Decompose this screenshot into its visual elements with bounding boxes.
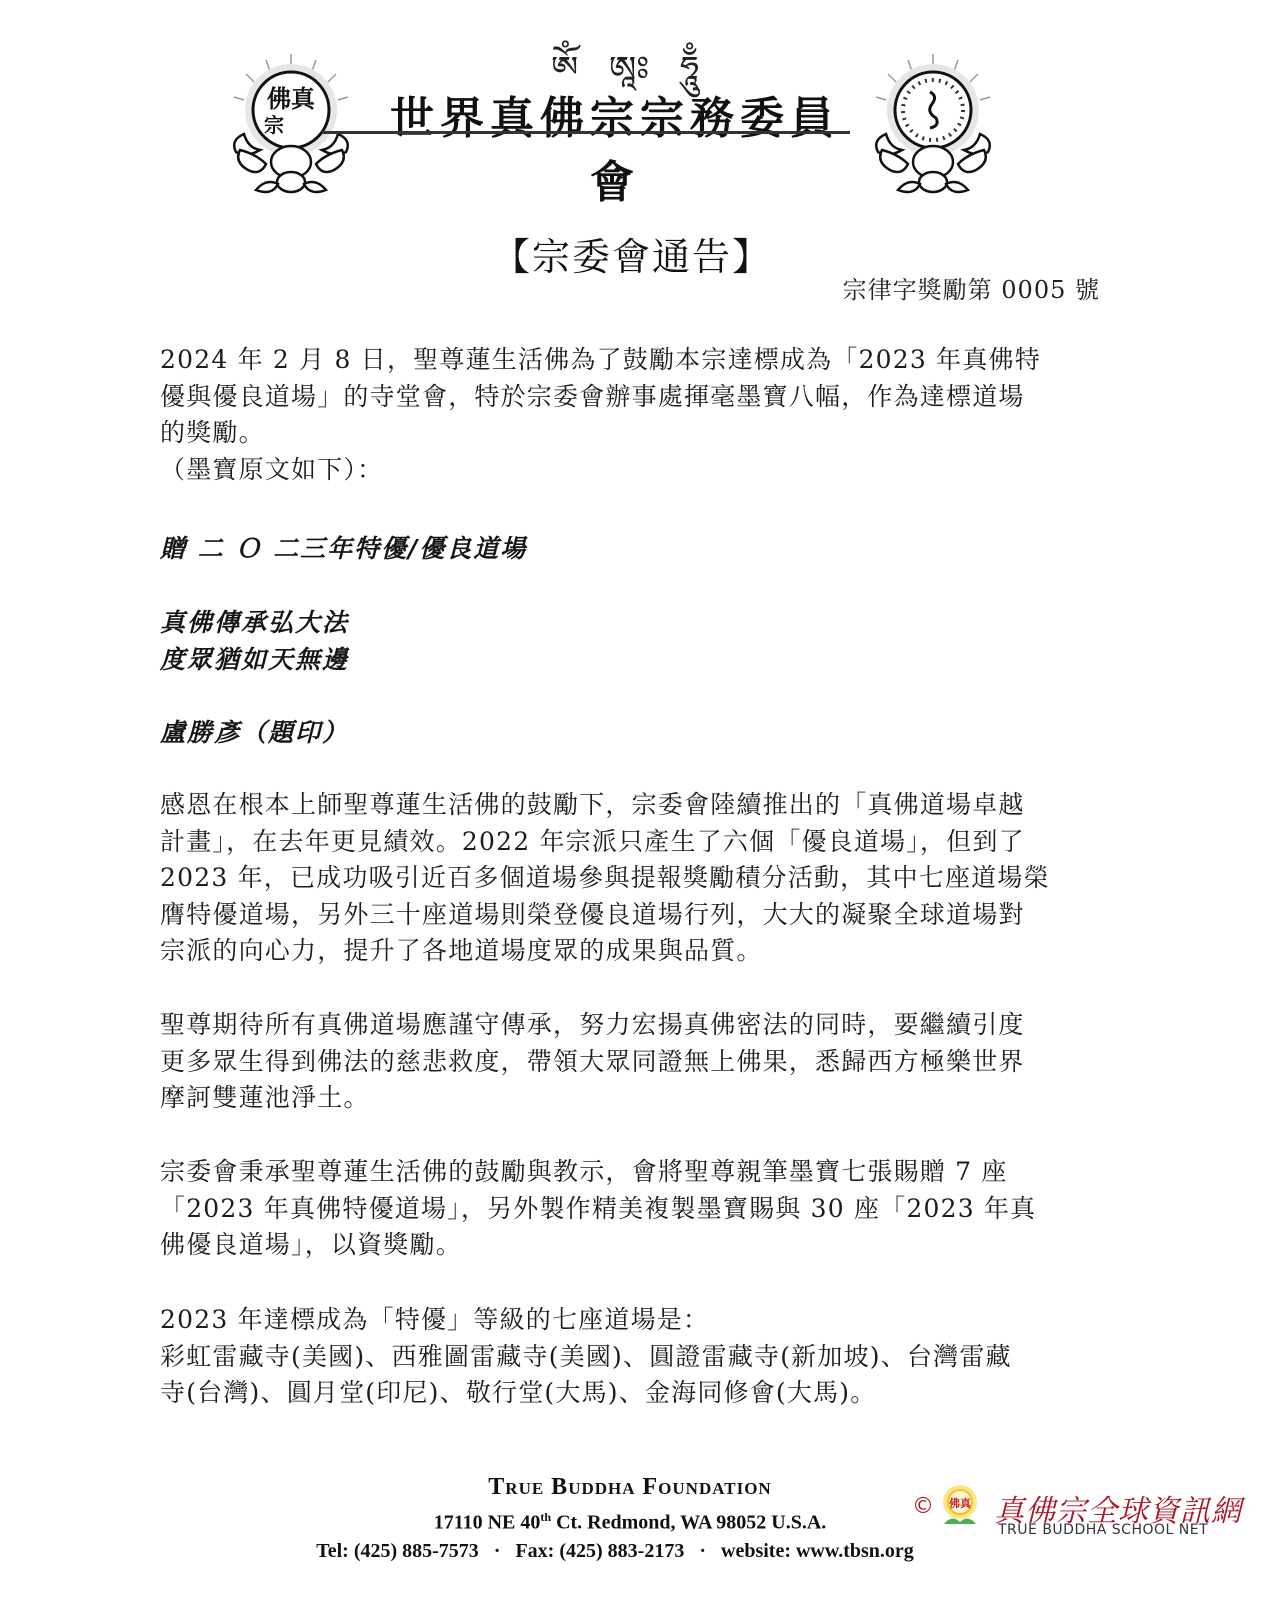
true-buddha-seal-icon: 佛真 宗 (226, 52, 356, 202)
svg-text:佛真: 佛真 (949, 1496, 972, 1510)
lotus-seal-icon (868, 52, 998, 202)
notice-title: 【宗委會通告】 (492, 226, 762, 281)
address-ordinal: th (540, 1510, 551, 1524)
verse-line: 真佛傳承弘大法 (160, 604, 1090, 641)
tbsn-badge-icon: 佛真 (940, 1484, 980, 1528)
calligraphy-verse: 真佛傳承弘大法 度眾猶如天無邊 (160, 604, 1090, 678)
separator: · (689, 1540, 716, 1562)
text-line: 宗委會秉承聖尊蓮生活佛的鼓勵與教示，會將聖尊親筆墨寶七張賜贈 7 座 (160, 1154, 1090, 1191)
signature-line: 盧勝彥（題印） (160, 714, 1090, 751)
text-line: 2023 年，已成功吸引近百多個道場參與提報獎勵積分活動，其中七座道場榮 (160, 860, 1090, 897)
text-line: 2024 年 2 月 8 日，聖尊蓮生活佛為了鼓勵本宗達標成為「2023 年真佛… (160, 342, 1090, 379)
dedication-line: 贈 二 Ｏ 二三年特優/優良道場 (160, 530, 1090, 567)
address-rest: Ct. Redmond, WA 98052 U.S.A. (551, 1512, 826, 1534)
organization-title: 世界真佛宗宗務委員會 (370, 82, 860, 210)
text-line: 感恩在根本上師聖尊蓮生活佛的鼓勵下，宗委會陸續推出的「真佛道場卓越 (160, 787, 1090, 824)
title-divider (322, 131, 850, 134)
footer-organization: True Buddha Foundation (330, 1474, 930, 1501)
text-line: 摩訶雙蓮池淨土。 (160, 1080, 1090, 1117)
paragraph-temple-list: 2023 年達標成為「特優」等級的七座道場是： 彩虹雷藏寺(美國)、西雅圖雷藏寺… (160, 1302, 1090, 1412)
text-line: 聖尊期待所有真佛道場應謹守傳承，努力宏揚真佛密法的同時，要繼續引度 (160, 1007, 1090, 1044)
paragraph-excellence-plan: 感恩在根本上師聖尊蓮生活佛的鼓勵下，宗委會陸續推出的「真佛道場卓越 計畫」，在去… (160, 787, 1090, 970)
footer-website-link[interactable]: website: www.tbsn.org (721, 1540, 914, 1562)
document-number: 宗律字獎勵第 0005 號 (820, 270, 1100, 305)
right-seal-logo (868, 52, 998, 202)
text-line: 膺特優道場，另外三十座道場則榮登優良道場行列，大大的凝聚全球道場對 (160, 897, 1090, 934)
paragraph-expectation: 聖尊期待所有真佛道場應謹守傳承，努力宏揚真佛密法的同時，要繼續引度 更多眾生得到… (160, 1007, 1090, 1117)
text-line: 「2023 年真佛特優道場」，另外製作精美複製墨寶賜與 30 座「2023 年真 (160, 1191, 1090, 1228)
tbsn-english-name: TRUE BUDDHA SCHOOL NET (998, 1522, 1208, 1538)
intro-paragraph: 2024 年 2 月 8 日，聖尊蓮生活佛為了鼓勵本宗達標成為「2023 年真佛… (160, 342, 1090, 488)
footer-fax: Fax: (425) 883-2173 (515, 1540, 684, 1562)
text-line: 寺(台灣)、圓月堂(印尼)、敬行堂(大馬)、金海同修會(大馬)。 (160, 1375, 1090, 1412)
text-line: 宗派的向心力，提升了各地道場度眾的成果與品質。 (160, 933, 1090, 970)
svg-text:宗: 宗 (264, 113, 284, 137)
text-line: 2023 年達標成為「特優」等級的七座道場是： (160, 1302, 1090, 1339)
tibetan-mantra: ༀ ཨཱཿ ཧཱུྃ (520, 30, 740, 90)
text-line: 佛優良道場」，以資獎勵。 (160, 1227, 1090, 1264)
footer-address: 17110 NE 40th Ct. Redmond, WA 98052 U.S.… (330, 1510, 930, 1535)
footer-tel: Tel: (425) 885-7573 (316, 1540, 479, 1562)
text-line: 更多眾生得到佛法的慈悲救度，帶領大眾同證無上佛果，悉歸西方極樂世界 (160, 1044, 1090, 1081)
text-line: 計畫」，在去年更見績效。2022 年宗派只產生了六個「優良道場」，但到了 (160, 824, 1090, 861)
left-seal-logo: 佛真 宗 (226, 52, 356, 202)
calligraphy-signature: 盧勝彥（題印） (160, 714, 1090, 751)
svg-text:佛真: 佛真 (267, 85, 316, 113)
verse-line: 度眾猶如天無邊 (160, 641, 1090, 678)
footer-contact: Tel: (425) 885-7573 · Fax: (425) 883-217… (290, 1540, 940, 1563)
text-line: （墨寶原文如下）： (160, 452, 1090, 489)
calligraphy-dedication: 贈 二 Ｏ 二三年特優/優良道場 (160, 530, 1090, 567)
copyright-icon: © (912, 1494, 934, 1519)
separator: · (484, 1540, 511, 1562)
text-line: 優與優良道場」的寺堂會，特於宗委會辦事處揮毫墨寶八幅，作為達標道場 (160, 379, 1090, 416)
text-line: 彩虹雷藏寺(美國)、西雅圖雷藏寺(美國)、圓證雷藏寺(新加坡)、台灣雷藏 (160, 1339, 1090, 1376)
tbsn-watermark: © 佛真 真佛宗全球資訊網 TRUE BUDDHA SCHOOL NET (912, 1484, 1232, 1544)
text-line: 的獎勵。 (160, 415, 1090, 452)
address-number: 17110 NE 40 (434, 1512, 541, 1534)
paragraph-award: 宗委會秉承聖尊蓮生活佛的鼓勵與教示，會將聖尊親筆墨寶七張賜贈 7 座 「2023… (160, 1154, 1090, 1264)
